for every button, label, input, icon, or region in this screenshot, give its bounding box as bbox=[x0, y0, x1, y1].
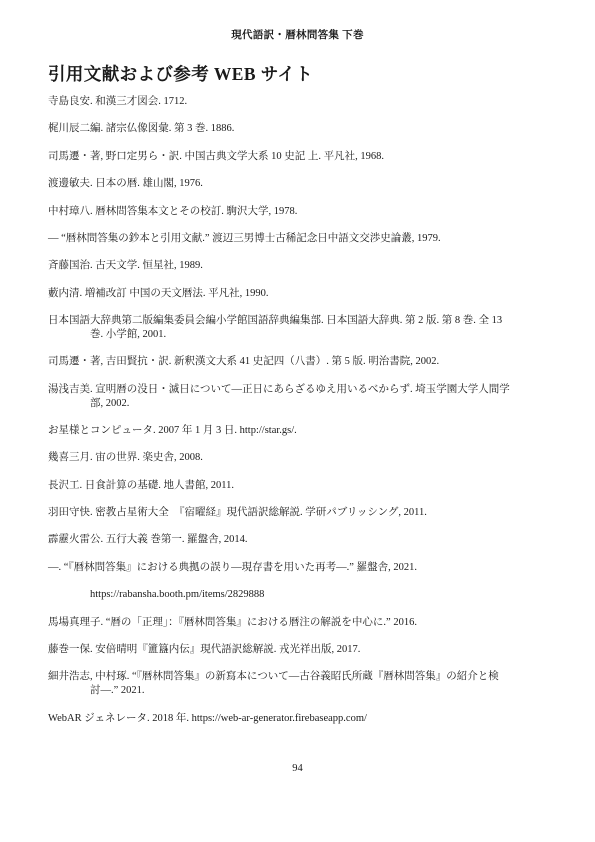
reference-line: 巻. 小学館, 2001. bbox=[90, 328, 556, 342]
reference-entry: 藪内清. 増補改訂 中国の天文暦法. 平凡社, 1990. bbox=[48, 287, 556, 301]
reference-url-line: https://rabansha.booth.pm/items/2829888 bbox=[48, 588, 556, 602]
reference-entry: 日本国語大辞典第二版編集委員会編小学館国語辞典編集部. 日本国語大辞典. 第 2… bbox=[48, 314, 556, 342]
reference-entry: 長沢工. 日食計算の基礎. 地人書館, 2011. bbox=[48, 479, 556, 493]
reference-entry: 梶川辰二編. 諸宗仏像図彙. 第 3 巻. 1886. bbox=[48, 122, 556, 136]
reference-entry: 羽田守快. 密教占星術大全 『宿曜経』現代語訳総解説. 学研パブリッシング, 2… bbox=[48, 506, 556, 520]
reference-entry: 霹靂火雷公. 五行大義 巻第一. 羅盤舎, 2014. bbox=[48, 533, 556, 547]
reference-entry: ― “暦林問答集の鈔本と引用文献.” 渡辺三男博士古稀記念日中語文交渉史論叢, … bbox=[48, 232, 556, 246]
reference-line: お星様とコンピュータ. 2007 年 1 月 3 日. http://star.… bbox=[48, 424, 556, 438]
reference-entry: 細井浩志, 中村琢. “『暦林問答集』の新寫本について―古谷義昭氏所蔵『暦林問答… bbox=[48, 670, 556, 698]
reference-entry: お星様とコンピュータ. 2007 年 1 月 3 日. http://star.… bbox=[48, 424, 556, 438]
reference-line: 渡邊敏夫. 日本の暦. 雄山閣, 1976. bbox=[48, 177, 556, 191]
reference-line: 討―.” 2021. bbox=[90, 684, 556, 698]
reference-line: 斉藤国治. 古天文学. 恒星社, 1989. bbox=[48, 259, 556, 273]
reference-line: 細井浩志, 中村琢. “『暦林問答集』の新寫本について―古谷義昭氏所蔵『暦林問答… bbox=[48, 670, 556, 684]
reference-entry: 寺島良安. 和漢三才図会. 1712. bbox=[48, 95, 556, 109]
reference-entry: 湯浅吉美. 宣明暦の没日・滅日について―正日にあらざるゆえ用いるべからず. 埼玉… bbox=[48, 383, 556, 411]
reference-line: 長沢工. 日食計算の基礎. 地人書館, 2011. bbox=[48, 479, 556, 493]
reference-entry: 中村璋八. 暦林問答集本文とその校訂. 駒沢大学, 1978. bbox=[48, 205, 556, 219]
reference-line: 羽田守快. 密教占星術大全 『宿曜経』現代語訳総解説. 学研パブリッシング, 2… bbox=[48, 506, 556, 520]
reference-line: WebAR ジェネレータ. 2018 年. https://web-ar-gen… bbox=[48, 712, 556, 726]
reference-line: 霹靂火雷公. 五行大義 巻第一. 羅盤舎, 2014. bbox=[48, 533, 556, 547]
reference-entry: 渡邊敏夫. 日本の暦. 雄山閣, 1976. bbox=[48, 177, 556, 191]
reference-line: 中村璋八. 暦林問答集本文とその校訂. 駒沢大学, 1978. bbox=[48, 205, 556, 219]
reference-line: 日本国語大辞典第二版編集委員会編小学館国語辞典編集部. 日本国語大辞典. 第 2… bbox=[48, 314, 556, 328]
reference-list: 寺島良安. 和漢三才図会. 1712.梶川辰二編. 諸宗仏像図彙. 第 3 巻.… bbox=[48, 95, 556, 739]
running-header: 現代語訳・暦林問答集 下巻 bbox=[0, 27, 595, 42]
section-heading: 引用文献および参考 WEB サイト bbox=[48, 61, 313, 86]
reference-entry: 馬場真理子. “暦の「正理」：『暦林問答集』における暦注の解説を中心に.” 20… bbox=[48, 616, 556, 630]
reference-line: 藤巻一保. 安倍晴明『簠簋内伝』現代語訳総解説. 戎光祥出版, 2017. bbox=[48, 643, 556, 657]
reference-line: https://rabansha.booth.pm/items/2829888 bbox=[90, 588, 556, 602]
reference-line: 馬場真理子. “暦の「正理」：『暦林問答集』における暦注の解説を中心に.” 20… bbox=[48, 616, 556, 630]
reference-line: 幾喜三月. 宙の世界. 楽史舎, 2008. bbox=[48, 451, 556, 465]
reference-entry: 司馬遷・著, 吉田賢抗・訳. 新釈漢文大系 41 史記四（八書）. 第 5 版.… bbox=[48, 355, 556, 369]
reference-entry: WebAR ジェネレータ. 2018 年. https://web-ar-gen… bbox=[48, 712, 556, 726]
page-number: 94 bbox=[0, 763, 595, 774]
reference-entry: 斉藤国治. 古天文学. 恒星社, 1989. bbox=[48, 259, 556, 273]
reference-entry: 藤巻一保. 安倍晴明『簠簋内伝』現代語訳総解説. 戎光祥出版, 2017. bbox=[48, 643, 556, 657]
reference-line: 梶川辰二編. 諸宗仏像図彙. 第 3 巻. 1886. bbox=[48, 122, 556, 136]
reference-entry: 幾喜三月. 宙の世界. 楽史舎, 2008. bbox=[48, 451, 556, 465]
reference-line: 寺島良安. 和漢三才図会. 1712. bbox=[48, 95, 556, 109]
reference-entry: ―. “『暦林問答集』における典拠の誤り―現存書を用いた再考―.” 羅盤舎, 2… bbox=[48, 561, 556, 575]
reference-line: ― “暦林問答集の鈔本と引用文献.” 渡辺三男博士古稀記念日中語文交渉史論叢, … bbox=[48, 232, 556, 246]
reference-entry: 司馬遷・著, 野口定男ら・訳. 中国古典文学大系 10 史記 上. 平凡社, 1… bbox=[48, 150, 556, 164]
reference-line: 湯浅吉美. 宣明暦の没日・滅日について―正日にあらざるゆえ用いるべからず. 埼玉… bbox=[48, 383, 556, 397]
document-page: 現代語訳・暦林問答集 下巻 引用文献および参考 WEB サイト 寺島良安. 和漢… bbox=[0, 0, 595, 842]
reference-line: 藪内清. 増補改訂 中国の天文暦法. 平凡社, 1990. bbox=[48, 287, 556, 301]
reference-line: 司馬遷・著, 吉田賢抗・訳. 新釈漢文大系 41 史記四（八書）. 第 5 版.… bbox=[48, 355, 556, 369]
reference-line: 部, 2002. bbox=[90, 397, 556, 411]
reference-line: ―. “『暦林問答集』における典拠の誤り―現存書を用いた再考―.” 羅盤舎, 2… bbox=[48, 561, 556, 575]
reference-line: 司馬遷・著, 野口定男ら・訳. 中国古典文学大系 10 史記 上. 平凡社, 1… bbox=[48, 150, 556, 164]
